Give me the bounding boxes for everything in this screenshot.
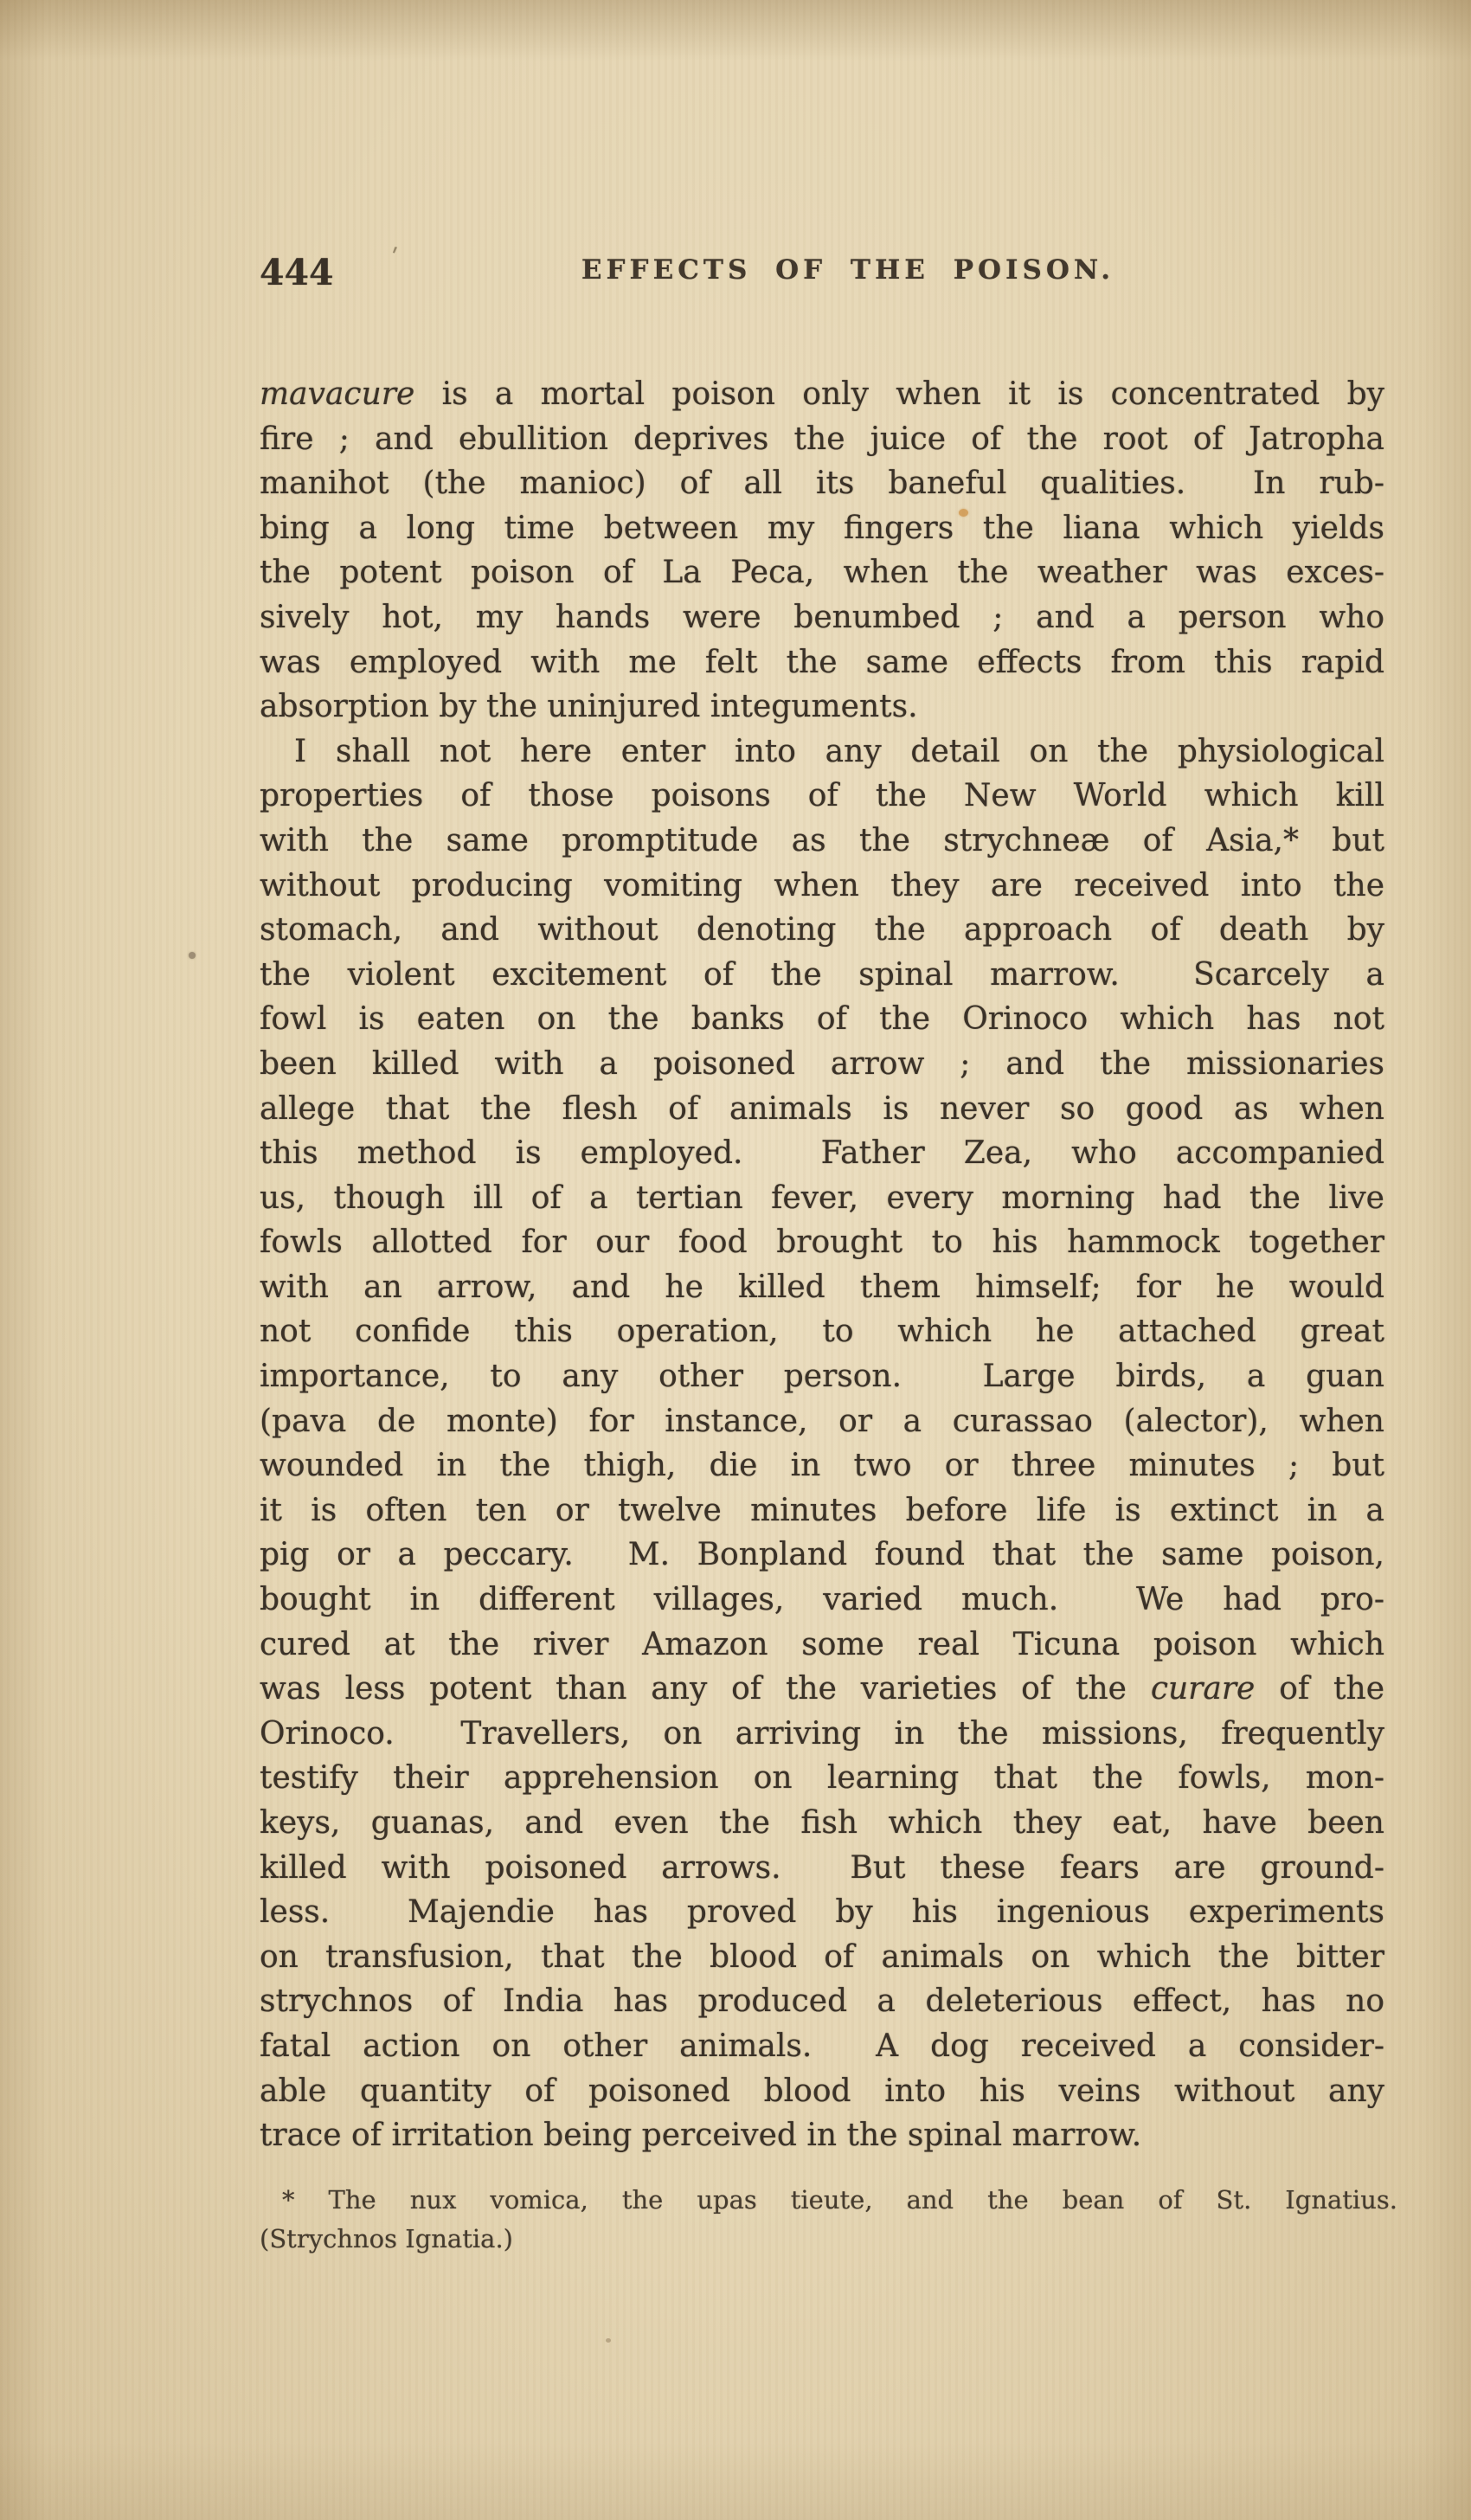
- body-line: trace of irritation being perceived in t…: [260, 2113, 1384, 2158]
- text-segment: testify their apprehension on learning t…: [260, 1760, 1384, 1796]
- margin-ink-dot: [189, 952, 196, 959]
- body-line: us, though ill of a tertian fever, every…: [260, 1176, 1384, 1221]
- text-segment: on transfusion, that the blood of animal…: [260, 1939, 1384, 1975]
- text-segment: fatal action on other animals. A dog rec…: [260, 2028, 1384, 2064]
- body-line: the violent excitement of the spinal mar…: [260, 953, 1384, 998]
- body-line: bing a long time between my fingers the …: [260, 506, 1384, 551]
- body-line: sively hot, my hands were benumbed ; and…: [260, 595, 1384, 640]
- text-segment: bing a long time between my fingers the …: [260, 511, 1384, 546]
- text-segment: was employed with me felt the same effec…: [260, 645, 1384, 680]
- text-segment: properties of those poisons of the New W…: [260, 778, 1384, 813]
- text-segment: wounded in the thigh, die in two or thre…: [260, 1448, 1384, 1483]
- body-line: on transfusion, that the blood of animal…: [260, 1935, 1384, 1980]
- text-segment: allege that the flesh of animals is neve…: [260, 1091, 1384, 1127]
- text-segment: (Strychnos Ignatia.): [260, 2224, 513, 2253]
- text-segment: less. Majendie has proved by his ingenio…: [260, 1894, 1384, 1930]
- text-segment: * The nux vomica, the upas tieute, and t…: [282, 2185, 1397, 2215]
- text-segment: sively hot, my hands were benumbed ; and…: [260, 600, 1384, 635]
- text-segment: cured at the river Amazon some real Ticu…: [260, 1627, 1384, 1662]
- text-segment: the violent excitement of the spinal mar…: [260, 957, 1384, 993]
- paper-speck: [606, 2338, 611, 2343]
- text-segment: without producing vomiting when they are…: [260, 868, 1384, 903]
- text-segment: manihot (the manioc) of all its baneful …: [260, 466, 1384, 501]
- text-segment: fowls allotted for our food brought to h…: [260, 1225, 1384, 1260]
- text-segment: the potent poison of La Peca, when the w…: [260, 555, 1384, 590]
- running-header-title: EFFECTS OF THE POISON.: [260, 254, 1384, 286]
- text-segment: fowl is eaten on the banks of the Orinoc…: [260, 1001, 1384, 1037]
- body-line: less. Majendie has proved by his ingenio…: [260, 1890, 1384, 1935]
- text-segment: fire ; and ebullition deprives the juice…: [260, 421, 1384, 457]
- text-segment: strychnos of India has produced a delete…: [260, 1983, 1384, 2019]
- body-line: been killed with a poisoned arrow ; and …: [260, 1042, 1384, 1087]
- page-header: 444 ʹ EFFECTS OF THE POISON.: [260, 249, 1384, 296]
- italic-text-segment: mavacure: [260, 376, 414, 412]
- body-line: testify their apprehension on learning t…: [260, 1756, 1384, 1801]
- text-segment: is a mortal poison only when it is conce…: [414, 376, 1384, 412]
- footnote: * The nux vomica, the upas tieute, and t…: [260, 2181, 1397, 2259]
- text-segment: absorption by the uninjured integuments.: [260, 689, 918, 724]
- body-line: cured at the river Amazon some real Ticu…: [260, 1623, 1384, 1668]
- text-segment: (pava de monte) for instance, or a curas…: [260, 1404, 1384, 1439]
- scanned-book-page: 444 ʹ EFFECTS OF THE POISON. mavacure is…: [0, 0, 1471, 2520]
- text-segment: with an arrow, and he killed them himsel…: [260, 1270, 1384, 1305]
- text-segment: able quantity of poisoned blood into his…: [260, 2073, 1384, 2109]
- body-line: bought in different villages, varied muc…: [260, 1578, 1384, 1623]
- body-line: fowls allotted for our food brought to h…: [260, 1220, 1384, 1265]
- body-line: with the same promptitude as the strychn…: [260, 819, 1384, 864]
- text-segment: importance, to any other person. Large b…: [260, 1359, 1384, 1394]
- body-line: I shall not here enter into any detail o…: [260, 730, 1384, 775]
- body-line: keys, guanas, and even the fish which th…: [260, 1801, 1384, 1846]
- body-line: the potent poison of La Peca, when the w…: [260, 550, 1384, 595]
- text-segment: pig or a peccary. M. Bonpland found that…: [260, 1537, 1384, 1572]
- body-line: pig or a peccary. M. Bonpland found that…: [260, 1533, 1384, 1578]
- text-segment: it is often ten or twelve minutes before…: [260, 1493, 1384, 1528]
- body-line: fatal action on other animals. A dog rec…: [260, 2024, 1384, 2069]
- text-segment: been killed with a poisoned arrow ; and …: [260, 1046, 1384, 1082]
- body-line: fire ; and ebullition deprives the juice…: [260, 417, 1384, 462]
- text-segment: killed with poisoned arrows. But these f…: [260, 1850, 1384, 1886]
- text-segment: was less potent than any of the varietie…: [260, 1671, 1151, 1707]
- text-segment: Orinoco. Travellers, on arriving in the …: [260, 1716, 1384, 1752]
- body-line: Orinoco. Travellers, on arriving in the …: [260, 1712, 1384, 1757]
- body-line: able quantity of poisoned blood into his…: [260, 2069, 1384, 2114]
- body-line: without producing vomiting when they are…: [260, 864, 1384, 909]
- text-segment: this method is employed. Father Zea, who…: [260, 1135, 1384, 1171]
- body-line: it is often ten or twelve minutes before…: [260, 1488, 1384, 1533]
- body-line: manihot (the manioc) of all its baneful …: [260, 461, 1384, 506]
- body-line: mavacure is a mortal poison only when it…: [260, 372, 1384, 417]
- text-segment: keys, guanas, and even the fish which th…: [260, 1805, 1384, 1841]
- body-line: strychnos of India has produced a delete…: [260, 1979, 1384, 2024]
- footnote-line: (Strychnos Ignatia.): [260, 2220, 1397, 2259]
- text-segment: of the: [1255, 1671, 1384, 1707]
- text-segment: bought in different villages, varied muc…: [260, 1582, 1384, 1617]
- text-segment: I shall not here enter into any detail o…: [294, 734, 1384, 769]
- text-segment: us, though ill of a tertian fever, every…: [260, 1180, 1384, 1216]
- text-segment: with the same promptitude as the strychn…: [260, 823, 1384, 858]
- body-line: properties of those poisons of the New W…: [260, 774, 1384, 819]
- body-line: allege that the flesh of animals is neve…: [260, 1087, 1384, 1132]
- body-line: was less potent than any of the varietie…: [260, 1667, 1384, 1712]
- body-line: killed with poisoned arrows. But these f…: [260, 1846, 1384, 1891]
- text-segment: stomach, and without denoting the approa…: [260, 912, 1384, 948]
- text-segment: trace of irritation being perceived in t…: [260, 2118, 1141, 2153]
- body-line: was employed with me felt the same effec…: [260, 640, 1384, 685]
- body-line: absorption by the uninjured integuments.: [260, 685, 1384, 730]
- body-line: fowl is eaten on the banks of the Orinoc…: [260, 997, 1384, 1042]
- body-line: wounded in the thigh, die in two or thre…: [260, 1443, 1384, 1488]
- body-line: with an arrow, and he killed them himsel…: [260, 1265, 1384, 1310]
- body-text: mavacure is a mortal poison only when it…: [260, 372, 1384, 2158]
- text-segment: not confide this operation, to which he …: [260, 1314, 1384, 1349]
- body-line: stomach, and without denoting the approa…: [260, 908, 1384, 953]
- body-line: this method is employed. Father Zea, who…: [260, 1131, 1384, 1176]
- body-line: (pava de monte) for instance, or a curas…: [260, 1399, 1384, 1444]
- body-line: importance, to any other person. Large b…: [260, 1354, 1384, 1399]
- italic-text-segment: curare: [1151, 1671, 1256, 1707]
- body-line: not confide this operation, to which he …: [260, 1309, 1384, 1354]
- footnote-line: * The nux vomica, the upas tieute, and t…: [260, 2181, 1397, 2220]
